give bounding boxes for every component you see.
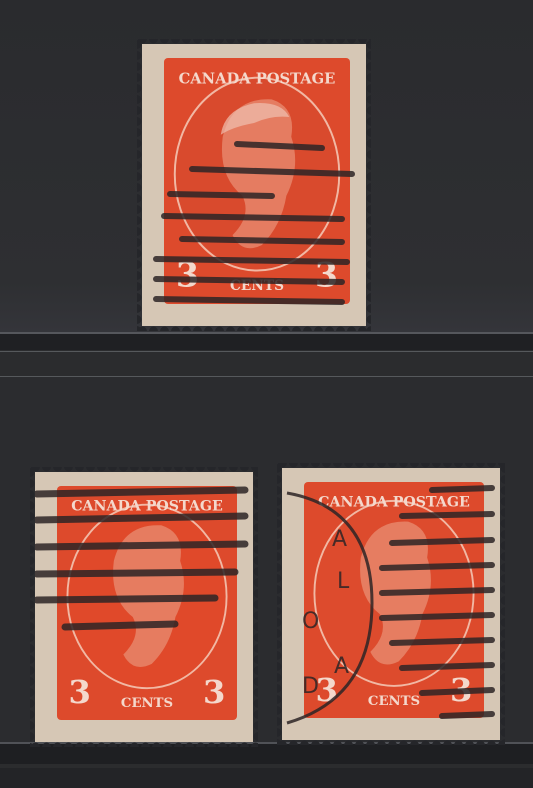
svg-text:A: A xyxy=(334,654,349,679)
stock-card-strip xyxy=(0,768,533,788)
svg-text:O: O xyxy=(302,609,319,634)
stamp-bottom-left[interactable]: CANADA POSTAGE 3 3 CENTS xyxy=(35,472,253,742)
divider-line xyxy=(0,351,533,352)
divider-line xyxy=(0,376,533,377)
stamp-bottom-right[interactable]: CANADA POSTAGE 3 3 CENTS A L O D A xyxy=(282,468,500,740)
svg-text:A: A xyxy=(332,527,347,552)
barred-cancel-icon xyxy=(35,472,253,742)
postmark-cancel-icon: A L O D A xyxy=(282,468,500,740)
stock-card-strip xyxy=(0,742,533,764)
svg-text:D: D xyxy=(302,674,319,699)
barred-cancel-icon xyxy=(142,44,366,326)
svg-text:L: L xyxy=(337,569,350,594)
stock-card-strip xyxy=(0,332,533,350)
stamp-top[interactable]: CANADA POSTAGE 3 3 CENTS xyxy=(142,44,366,326)
